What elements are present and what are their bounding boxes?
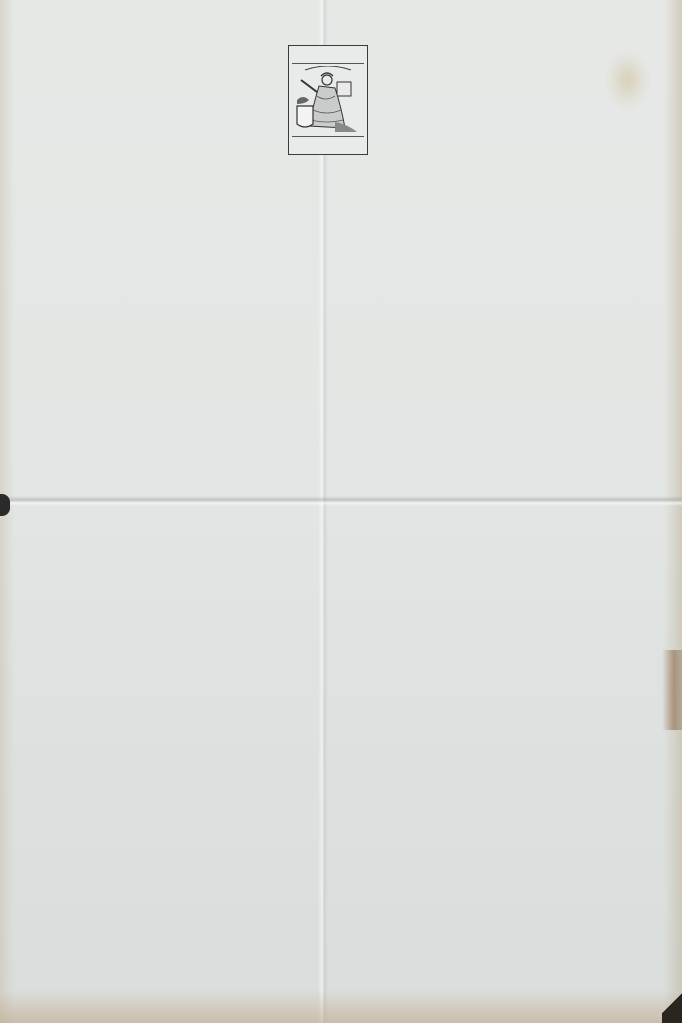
serial-number xyxy=(472,88,476,110)
seated-allegory-icon xyxy=(295,66,361,134)
bottom-stain xyxy=(0,990,682,1023)
horizontal-fold xyxy=(0,496,682,506)
revenue-stamp xyxy=(288,45,368,155)
edge-stain xyxy=(662,650,682,730)
water-stain xyxy=(605,50,650,110)
stamp-header xyxy=(292,49,364,64)
stamp-footer-ornament xyxy=(292,136,364,151)
torn-corner xyxy=(662,983,682,1023)
